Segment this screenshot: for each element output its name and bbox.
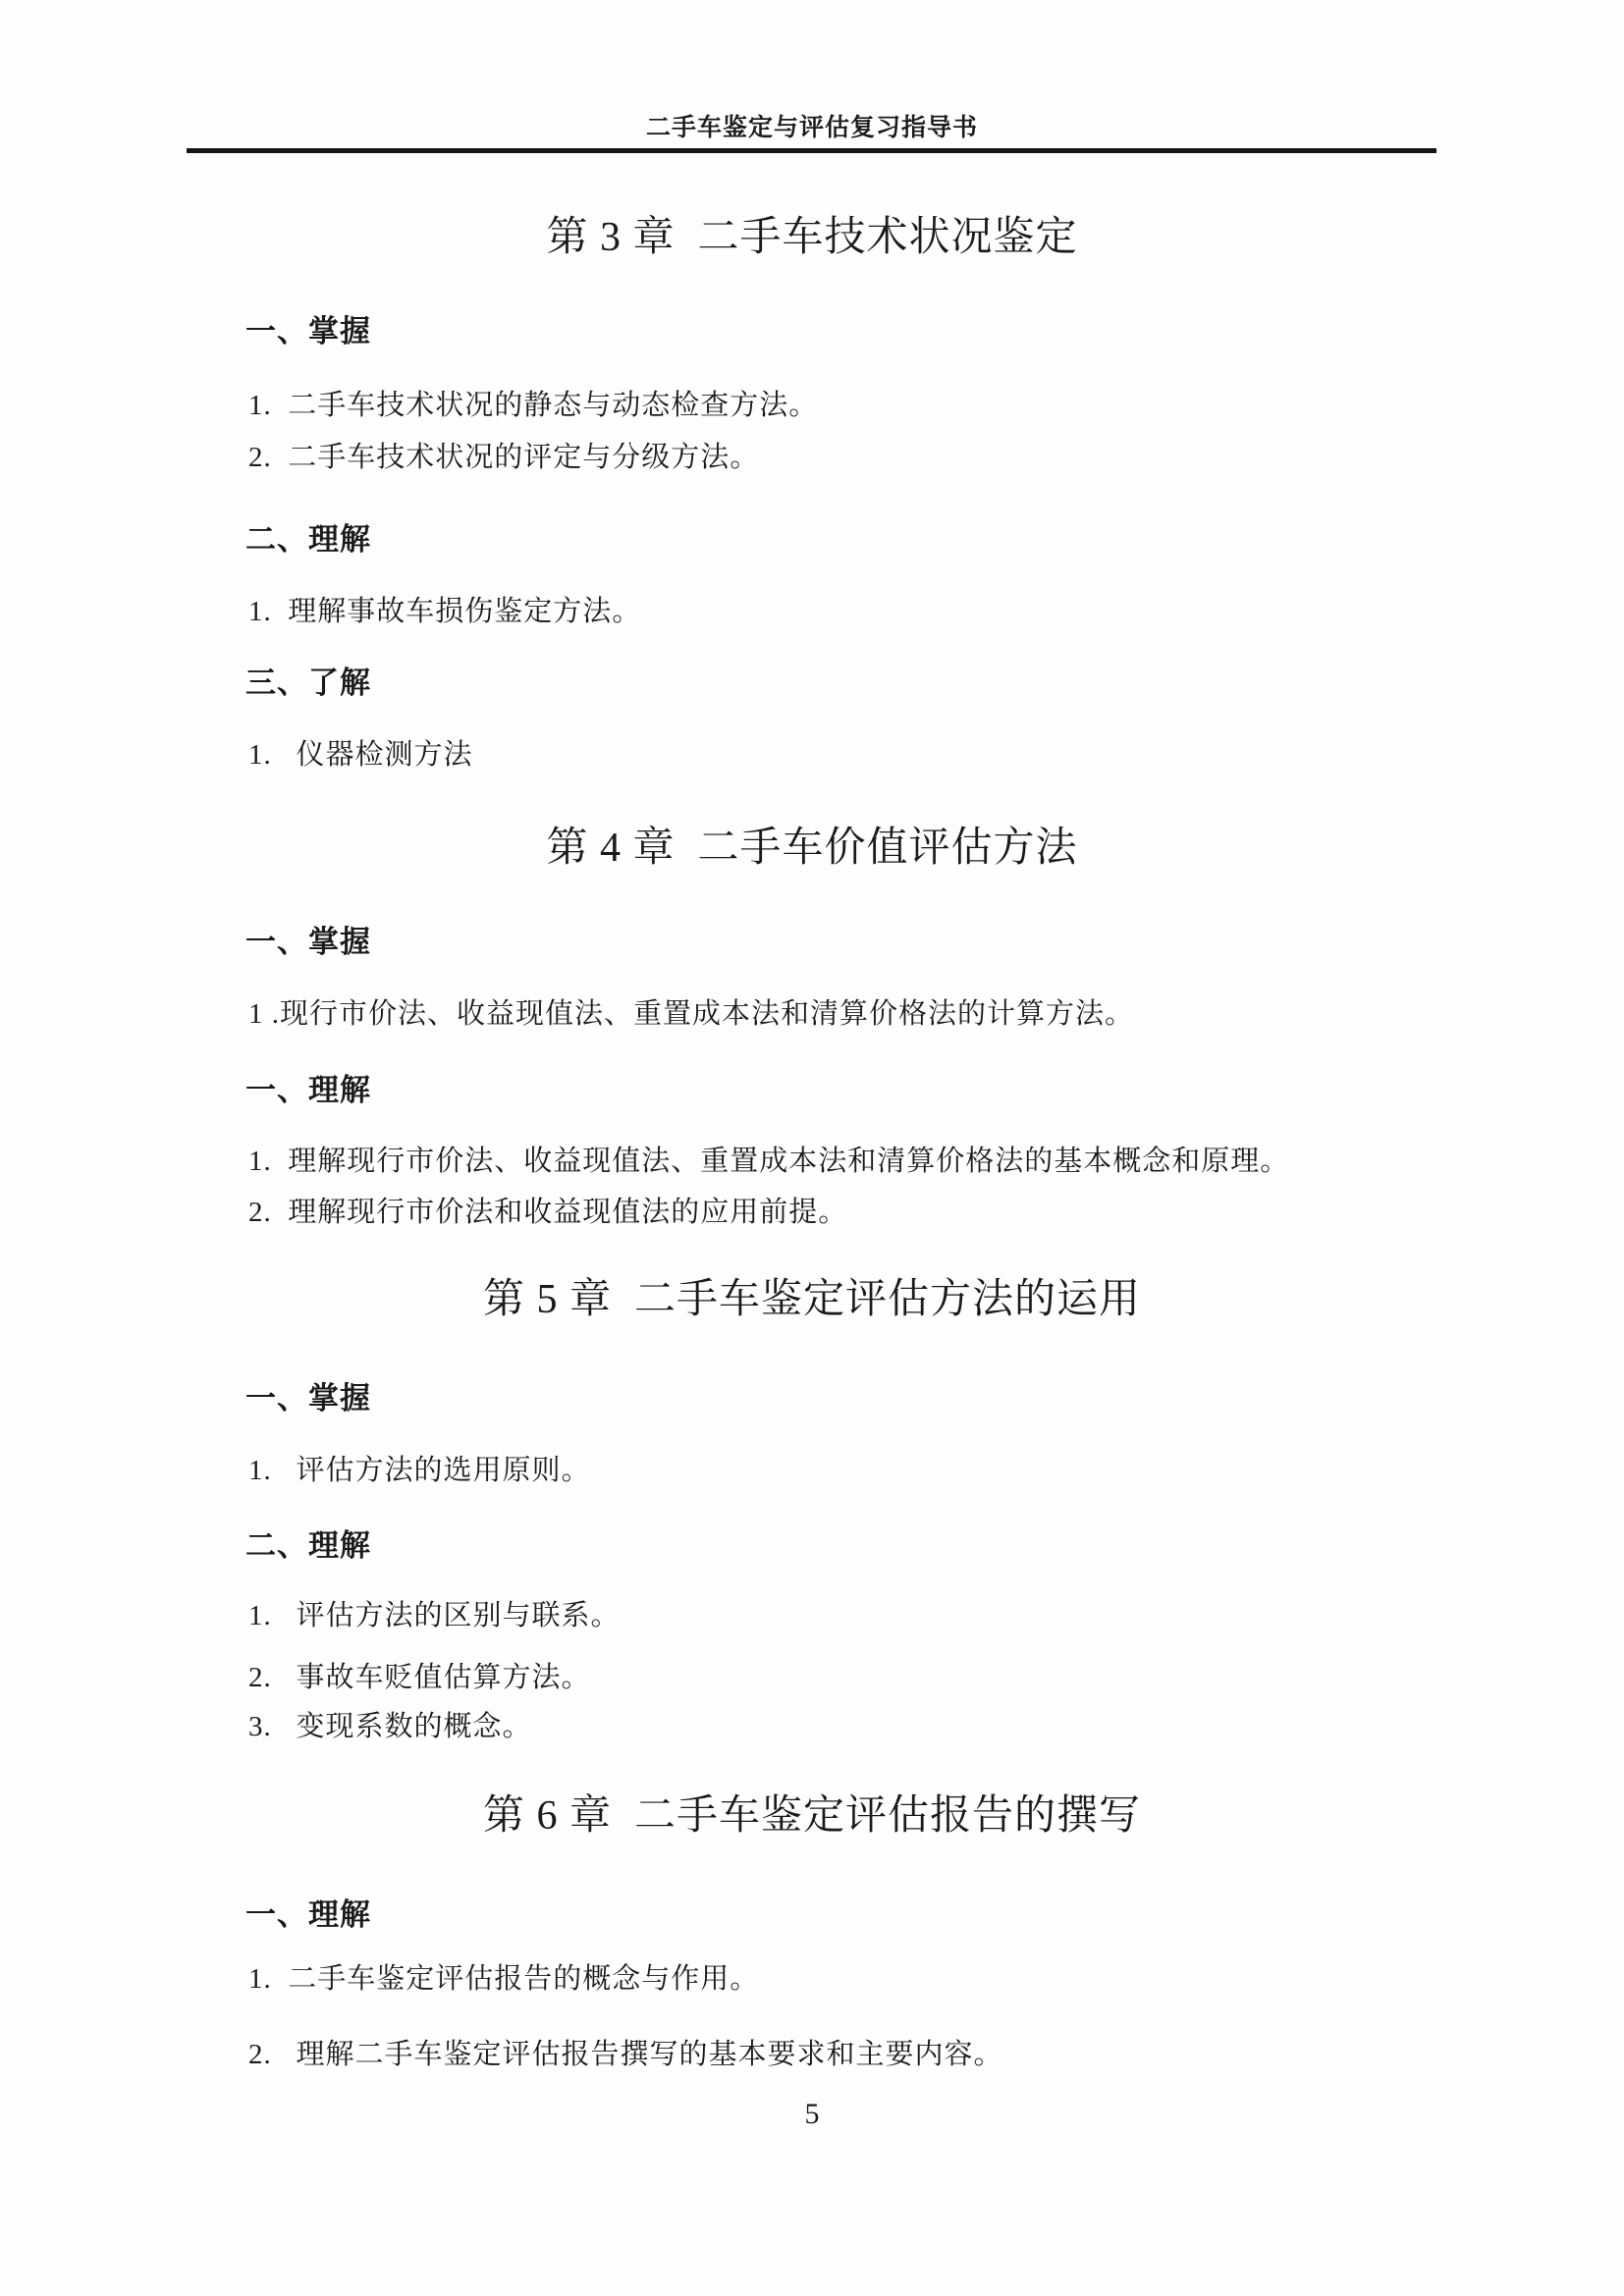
page-header-title: 二手车鉴定与评估复习指导书: [0, 116, 1624, 140]
document-page: 二手车鉴定与评估复习指导书 第 3 章 二手车技术状况鉴定 一、掌握 1. 二手…: [0, 0, 1624, 2296]
list-item: 1. 二手车鉴定评估报告的概念与作用。: [248, 1965, 759, 1994]
header-rule: [187, 148, 1436, 153]
section-heading: 一、掌握: [245, 1383, 371, 1414]
list-item: 3. 变现系数的概念。: [248, 1713, 532, 1741]
section-heading: 一、掌握: [245, 316, 371, 347]
chapter-title: 第 4 章 二手车价值评估方法: [0, 828, 1624, 869]
list-item: 1. 二手车技术状况的静态与动态检查方法。: [248, 392, 818, 420]
section-heading: 二、理解: [245, 1530, 371, 1561]
list-item: 1. 理解现行市价法、收益现值法、重置成本法和清算价格法的基本概念和原理。: [248, 1148, 1289, 1176]
list-item: 2. 理解现行市价法和收益现值法的应用前提。: [248, 1199, 847, 1227]
list-item: 2. 理解二手车鉴定评估报告撰写的基本要求和主要内容。: [248, 2041, 1003, 2069]
section-heading: 一、掌握: [245, 927, 371, 957]
chapter-title: 第 5 章 二手车鉴定评估方法的运用: [0, 1279, 1624, 1320]
list-item: 1 .现行市价法、收益现值法、重置成本法和清算价格法的计算方法。: [248, 1000, 1134, 1029]
list-item: 1. 理解事故车损伤鉴定方法。: [248, 598, 641, 626]
list-item: 1. 评估方法的选用原则。: [248, 1457, 591, 1485]
list-item: 1. 仪器检测方法: [248, 741, 473, 770]
list-item: 1. 评估方法的区别与联系。: [248, 1602, 621, 1630]
page-number: 5: [0, 2100, 1624, 2129]
section-heading: 二、理解: [245, 524, 371, 555]
section-heading: 一、理解: [245, 1075, 371, 1105]
list-item: 2. 事故车贬值估算方法。: [248, 1664, 591, 1692]
chapter-title: 第 6 章 二手车鉴定评估报告的撰写: [0, 1795, 1624, 1837]
chapter-title: 第 3 章 二手车技术状况鉴定: [0, 217, 1624, 258]
section-heading: 一、理解: [245, 1899, 371, 1930]
section-heading: 三、了解: [245, 667, 371, 698]
list-item: 2. 二手车技术状况的评定与分级方法。: [248, 444, 759, 472]
